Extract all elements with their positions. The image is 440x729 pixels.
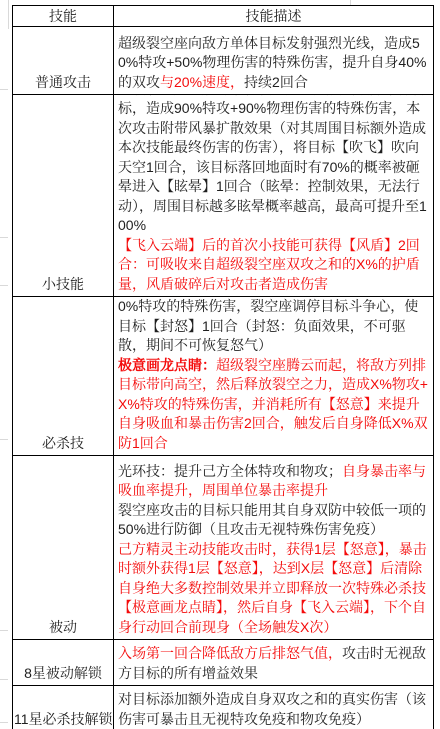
text-run: 光环技：提升己方全体特攻和物攻； (118, 463, 342, 479)
skill-name-cell: 11星必杀技解锁 (13, 686, 114, 729)
skill-name-label: 普通攻击 (35, 74, 91, 90)
text-run: 【飞入云端】后的首次小技能可获得【风盾】2回合：可吸收来自超级裂空座双攻之和的X… (118, 237, 420, 292)
gridline-stub (0, 285, 8, 286)
skill-name-cell: 小技能 (13, 95, 114, 297)
skill-description-content: 对目标添加额外造成自身双攻之和的真实伤害（该伤害可暴击且无视特攻免疫和物攻免疫） (114, 686, 433, 729)
text-run: 超级裂空座腾云而起，将敌方列排目标带向高空，然后释放裂空之力，造成180%物攻+… (118, 297, 430, 353)
skill-description-content: 入场第一回合降低敌方后排怒气值，攻击时无视敌方目标的所有增益效果 (114, 640, 433, 685)
skill-table-header: 技能 技能描述 (13, 6, 434, 27)
skill-name-label: 被动 (49, 619, 77, 635)
skill-name-label: 必杀技 (42, 435, 84, 451)
skill-name-label: 11星必杀技解锁 (14, 711, 113, 727)
text-run: 极意画龙点睛： (118, 357, 216, 373)
skill-description-cell: 对目标添加额外造成自身双攻之和的真实伤害（该伤害可暴击且无视特攻免疫和物攻免疫） (114, 686, 434, 729)
description-paragraph: 超级裂空座盘旋身子召唤出龙卷风攻击敌方单体目标，造成90%特攻+90%物理伤害的… (118, 95, 430, 236)
skill-name-cell: 普通攻击 (13, 27, 114, 95)
skill-table-body: 普通攻击 超级裂空座向敌方单体目标发射强烈光线，造成50%特攻+50%物理伤害的… (13, 27, 434, 729)
skill-description-content: 光环技：提升己方全体特攻和物攻；自身暴击率与吸血率提升，周围单位暴击率提升裂空座… (114, 456, 433, 639)
text-run: 与20%速度， (160, 74, 244, 90)
column-header-description: 技能描述 (114, 6, 434, 27)
skill-description-cell: 入场第一回合降低敌方后排怒气值，攻击时无视敌方目标的所有增益效果 (114, 640, 434, 686)
gridline-vertical-left (8, 0, 9, 29)
table-row: 11星必杀技解锁 对目标添加额外造成自身双攻之和的真实伤害（该伤害可暴击且无视特… (13, 686, 434, 729)
gridline-stub (0, 89, 8, 90)
gridline-stub (0, 679, 8, 680)
table-row: 普通攻击 超级裂空座向敌方单体目标发射强烈光线，造成50%特攻+50%物理伤害的… (13, 27, 434, 95)
gridline-stub (0, 237, 8, 238)
gridline-stub (0, 630, 8, 631)
description-paragraph: 光环技：提升己方全体特攻和物攻；自身暴击率与吸血率提升，周围单位暴击率提升 (118, 462, 430, 501)
skill-description-cell: 超级裂空座向敌方单体目标发射强烈光线，造成50%特攻+50%物理伤害的特殊伤害，… (114, 27, 434, 95)
skill-description-content: 画龙点睛：超级裂空座腾云而起，将敌方列排目标带向高空，然后释放裂空之力，造成18… (114, 297, 433, 455)
description-paragraph: 【飞入云端】后的首次小技能可获得【风盾】2回合：可吸收来自超级裂空座双攻之和的X… (118, 236, 430, 295)
skill-description-cell: 画龙点睛：超级裂空座腾云而起，将敌方列排目标带向高空，然后释放裂空之力，造成18… (114, 297, 434, 456)
gridline-stub (0, 722, 8, 723)
description-paragraph: 己方精灵主动技能攻击时，获得1层【怒意】，暴击时额外获得1层【怒意】，达到X层【… (118, 540, 430, 638)
skill-name-label: 8星被动解锁 (24, 665, 102, 681)
skill-description-content: 超级裂空座向敌方单体目标发射强烈光线，造成50%特攻+50%物理伤害的特殊伤害，… (114, 27, 433, 94)
text-run: 入场第一回合降低敌方后排怒气值， (118, 645, 342, 661)
text-run: 己方精灵主动技能攻击时，获得1层【怒意】，暴击时额外获得1层【怒意】，达到X层【… (118, 541, 427, 635)
description-paragraph: 超级裂空座向敌方单体目标发射强烈光线，造成50%特攻+50%物理伤害的特殊伤害，… (118, 34, 430, 93)
skill-description-cell: 光环技：提升己方全体特攻和物攻；自身暴击率与吸血率提升，周围单位暴击率提升裂空座… (114, 456, 434, 640)
description-paragraph: 入场第一回合降低敌方后排怒气值，攻击时无视敌方目标的所有增益效果 (118, 644, 430, 683)
table-row: 必杀技 画龙点睛：超级裂空座腾云而起，将敌方列排目标带向高空，然后释放裂空之力，… (13, 297, 434, 456)
skill-name-cell: 必杀技 (13, 297, 114, 456)
table-row: 8星被动解锁 入场第一回合降低敌方后排怒气值，攻击时无视敌方目标的所有增益效果 (13, 640, 434, 686)
header-row: 技能 技能描述 (13, 6, 434, 27)
skill-name-cell: 被动 (13, 456, 114, 640)
description-paragraph: 对目标添加额外造成自身双攻之和的真实伤害（该伤害可暴击且无视特攻免疫和物攻免疫） (118, 690, 430, 729)
text-run: 对目标添加额外造成自身双攻之和的真实伤害（该伤害可暴击且无视特攻免疫和物攻免疫） (118, 691, 426, 727)
text-run: 超级裂空座盘旋身子召唤出龙卷风攻击敌方单体目标，造成90%特攻+90%物理伤害的… (118, 95, 427, 233)
description-paragraph: 裂空座攻击的目标只能用其自身双防中较低一项的50%进行防御（且攻击无视特殊伤害免… (118, 501, 430, 540)
skill-description-cell: 超级裂空座盘旋身子召唤出龙卷风攻击敌方单体目标，造成90%特攻+90%物理伤害的… (114, 95, 434, 297)
skill-description-content: 超级裂空座盘旋身子召唤出龙卷风攻击敌方单体目标，造成90%特攻+90%物理伤害的… (114, 95, 433, 296)
text-run: 裂空座攻击的目标只能用其自身双防中较低一项的50%进行防御（且攻击无视特殊伤害免… (118, 502, 426, 538)
gridline-stub (0, 439, 8, 440)
text-run: 持续2回合 (244, 74, 308, 90)
skill-name-label: 小技能 (42, 276, 84, 292)
skill-name-cell: 8星被动解锁 (13, 640, 114, 686)
description-paragraph: 画龙点睛：超级裂空座腾云而起，将敌方列排目标带向高空，然后释放裂空之力，造成18… (118, 297, 430, 356)
table-row: 小技能 超级裂空座盘旋身子召唤出龙卷风攻击敌方单体目标，造成90%特攻+90%物… (13, 95, 434, 297)
column-header-skill: 技能 (13, 6, 114, 27)
description-paragraph: 极意画龙点睛：超级裂空座腾云而起，将敌方列排目标带向高空，然后释放裂空之力，造成… (118, 356, 430, 454)
table-row: 被动 光环技：提升己方全体特攻和物攻；自身暴击率与吸血率提升，周围单位暴击率提升… (13, 456, 434, 640)
skill-table: 技能 技能描述 普通攻击 超级裂空座向敌方单体目标发射强烈光线，造成50%特攻+… (12, 5, 434, 729)
